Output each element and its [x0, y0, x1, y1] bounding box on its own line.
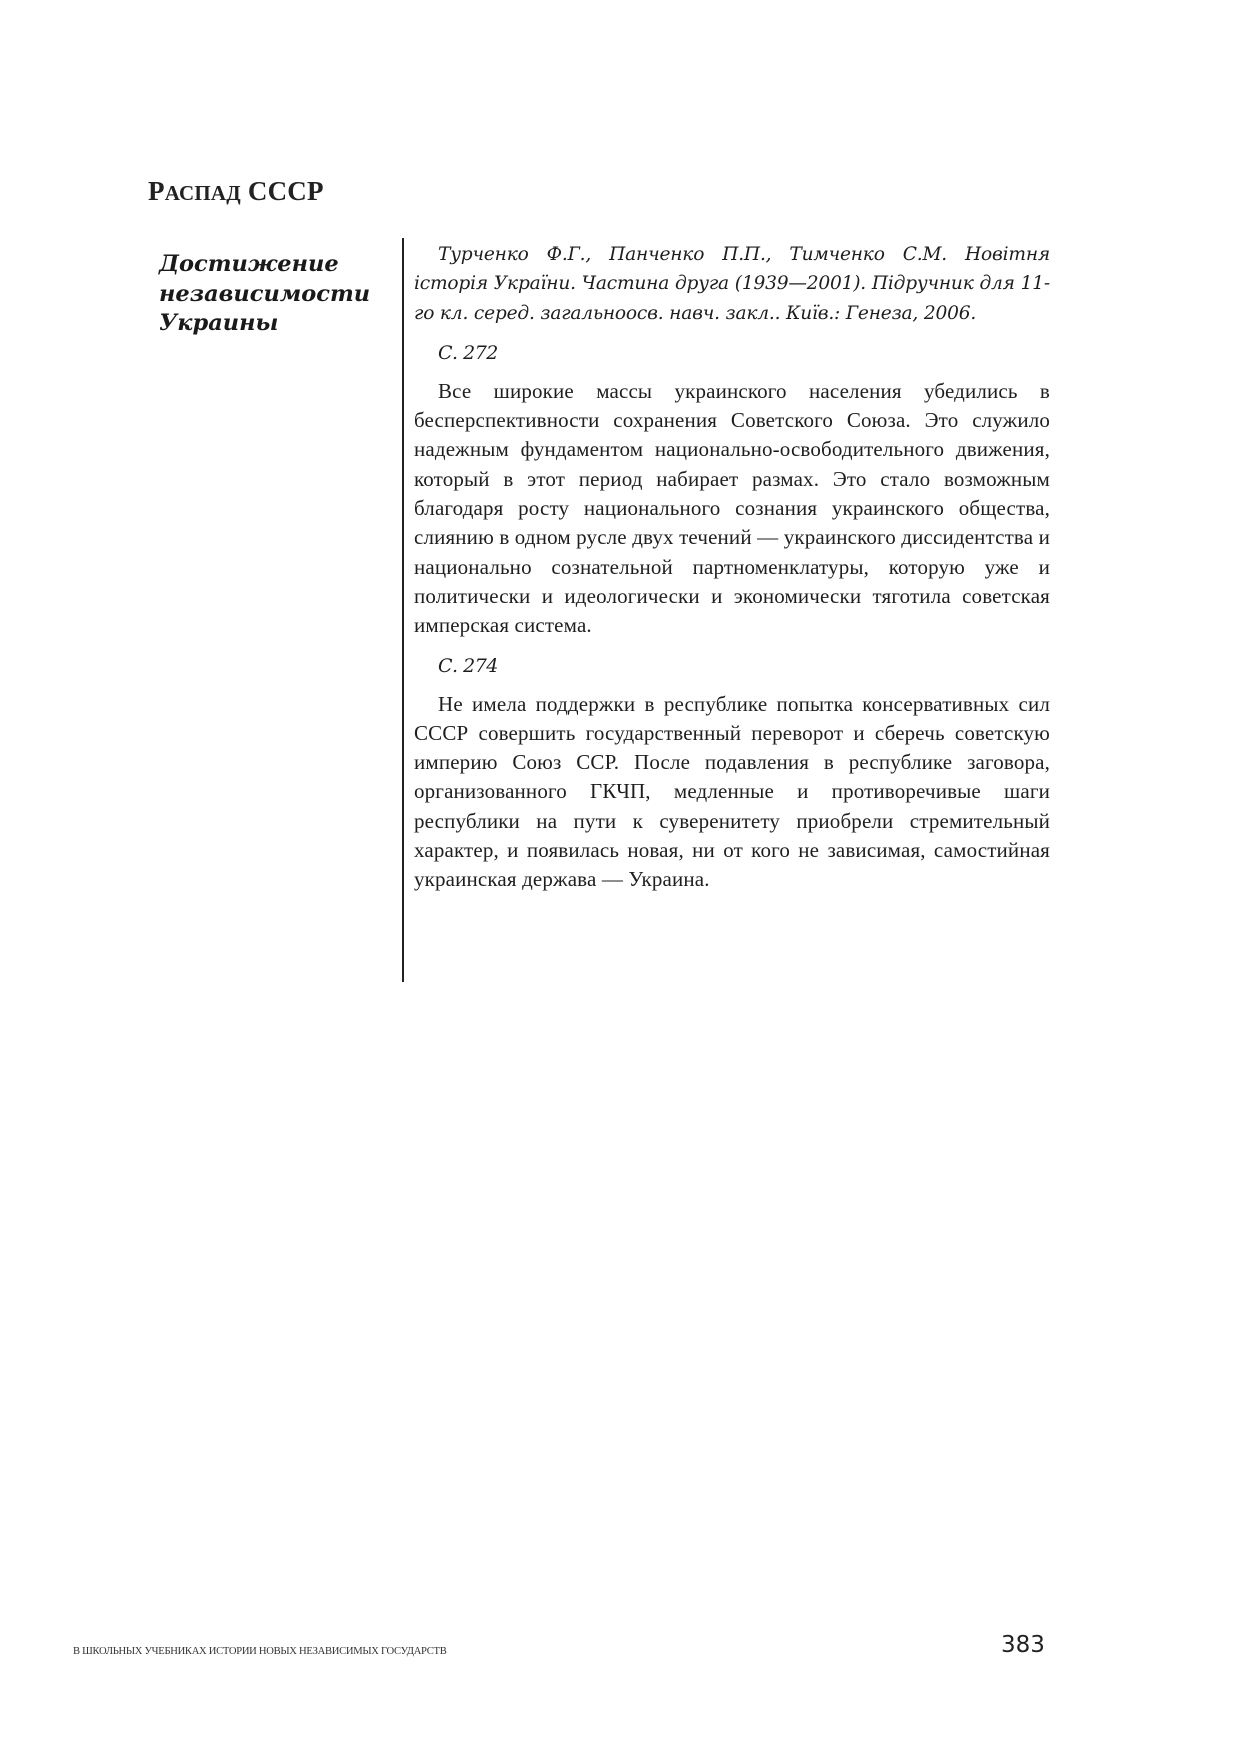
side-heading-line: Достижение	[159, 251, 339, 277]
main-column: Турченко Ф.Г., Панченко П.П., Тимченко С…	[414, 240, 1050, 895]
running-footer-title: В ШКОЛЬНЫХ УЧЕБНИКАХ ИСТОРИИ НОВЫХ НЕЗАВ…	[73, 1646, 446, 1657]
page-reference: С. 272	[438, 339, 1050, 368]
section-title-initial: Р	[148, 176, 165, 206]
excerpt-paragraph: Не имела поддержки в республике попытка …	[414, 690, 1050, 895]
section-title-small-caps: АСПАД	[165, 181, 241, 205]
source-citation: Турченко Ф.Г., Панченко П.П., Тимченко С…	[414, 240, 1050, 328]
page-reference: С. 274	[438, 652, 1050, 681]
column-divider	[402, 238, 404, 982]
excerpt-paragraph: Все широкие массы украинского населения …	[414, 377, 1050, 641]
section-title-suffix: СССР	[248, 176, 324, 206]
side-heading-line: Украины	[159, 310, 278, 336]
page-number: 383	[1001, 1632, 1045, 1658]
side-heading-line: независимости	[159, 281, 370, 307]
section-title: РАСПАД СССР	[148, 176, 324, 207]
side-heading: Достижение независимости Украины	[159, 250, 379, 339]
